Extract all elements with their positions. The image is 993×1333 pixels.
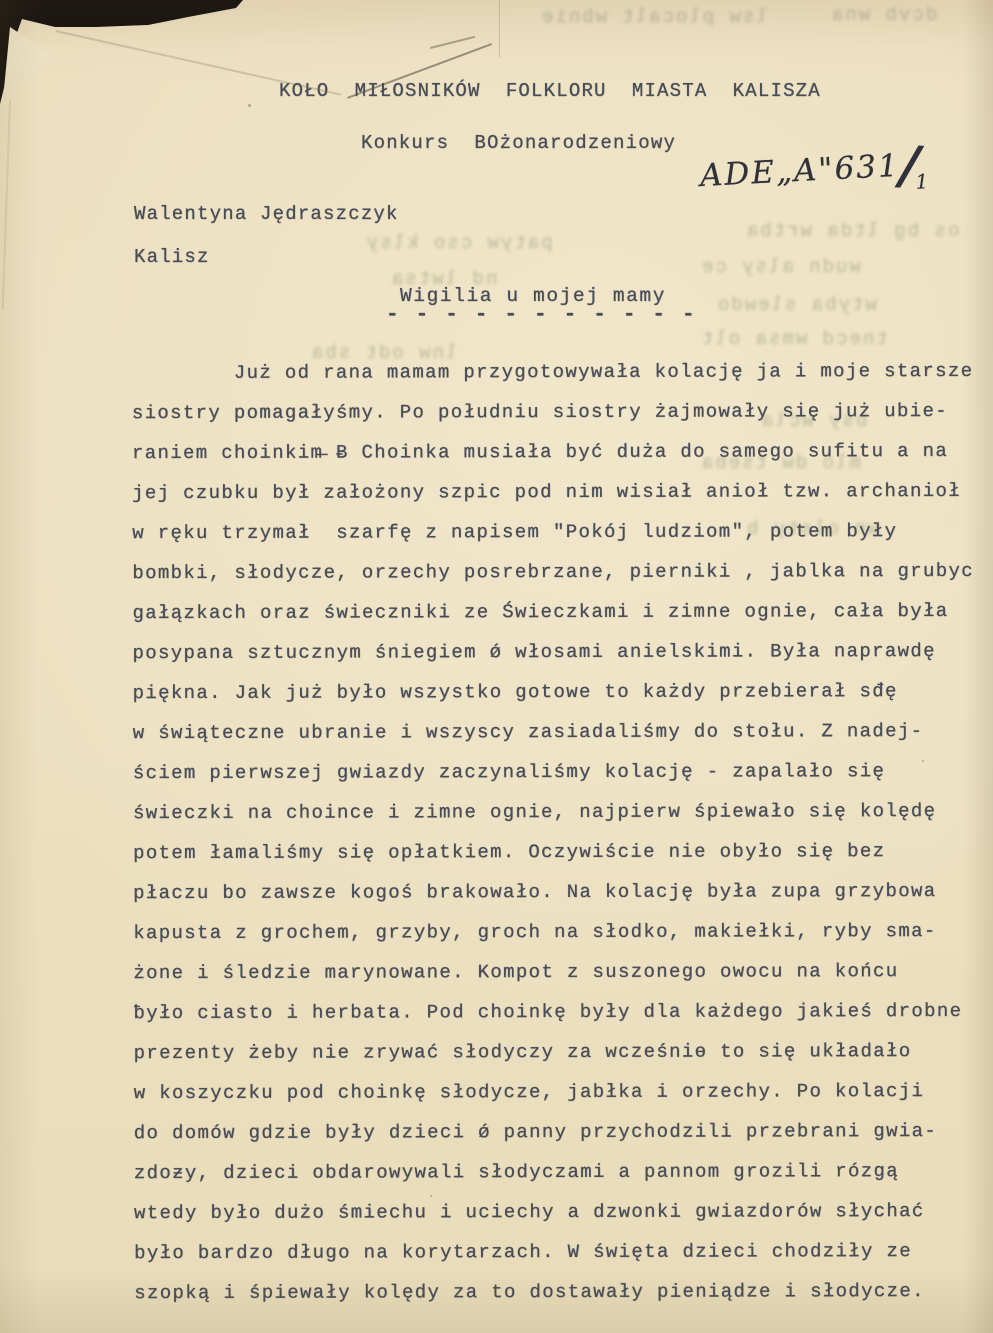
body-line: posypana sztucznym śniegiem ǿ włosami an… — [132, 631, 982, 673]
body-line: ƀyło ciasto i herbata. Pod choinkę były … — [133, 991, 983, 1033]
body-line: raniem choinkim̶ Ƀ Choinka musiała być d… — [132, 431, 982, 473]
body-line: w ręku trzymał szarfę z napisem "Pokój l… — [132, 511, 982, 553]
body-line: do domów gdzie były dzieci ǿ panny przyc… — [134, 1111, 984, 1153]
author-city: Kalisz — [134, 246, 210, 268]
body-line: prezenty żeby nie zrywać słodyczy za wcz… — [134, 1031, 984, 1073]
body-line: zdoƶy, dzieci obdarowywali słodyczami a … — [134, 1151, 984, 1193]
body-line: w świąteczne ubranie i wszyscy zasiadali… — [133, 711, 983, 753]
body-line: w koszyczku pod choinkę słodycze, jabłka… — [134, 1071, 984, 1113]
body-line: potem łamaliśmy się opłatkiem. Oczywiści… — [133, 831, 983, 873]
body-line: wtedy było dużo śmiechu i uciechy a dzwo… — [134, 1191, 984, 1233]
body-line: szopką i śpiewały kolędy za to dostawały… — [134, 1271, 984, 1313]
organization-header: KOŁO MIŁOSNIKÓW FOLKLORU MIASTA KALISZA — [279, 80, 821, 102]
body-line: ściem pierwszej gwiazdy zaczynaliśmy kol… — [133, 751, 983, 793]
title-underline-dashes: - - - - - - - - - - - — [386, 304, 697, 327]
body-line: kapusta z grochem, grzyby, groch na słod… — [133, 911, 983, 953]
paper-speck — [430, 1195, 432, 1197]
body-line: płaczu bo zawsze kogoś brakowało. Na kol… — [133, 871, 983, 913]
body-line: było bardzo długo na korytarzach. W świę… — [134, 1231, 984, 1273]
annotation-slash: / — [900, 166, 921, 167]
paper-speck — [922, 760, 924, 762]
contest-subheader: Konkurs BOżonarodzeniowy — [361, 132, 676, 154]
body-line: siostry pomagałyśmy. Po południu siostry… — [132, 391, 982, 433]
body-text: Już od rana mamam przygotowywała kolację… — [132, 351, 985, 1313]
body-line: świeczki na choince i zimne ognie, najpi… — [133, 791, 983, 833]
author-name: Walentyna Jędraszczyk — [134, 203, 399, 225]
body-line: gałązkach oraz świeczniki ze Świeczkami … — [132, 591, 982, 633]
body-line: żone i śledzie marynowane. Kompot z susz… — [133, 951, 983, 993]
body-line: bombki, słodycze, orzechy posrebrzane, p… — [132, 551, 982, 593]
body-line: piękna. Jak już było wszystko gotowe to … — [133, 671, 983, 713]
body-line: jej czubku był założony szpic pod nim wi… — [132, 471, 982, 513]
annotation-subnumber: 1 — [915, 169, 931, 194]
body-line: Już od rana mamam przygotowywała kolację… — [132, 351, 982, 393]
paper-speck — [248, 104, 251, 107]
scanned-document: { "page": { "header_line1": "KOŁO MIŁOSN… — [0, 0, 993, 1333]
